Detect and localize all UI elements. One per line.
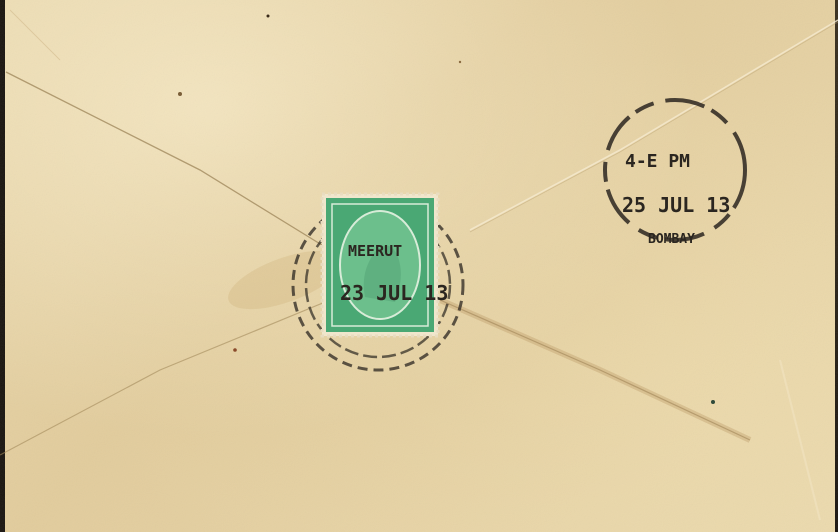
svg-text:4-E PM: 4-E PM bbox=[625, 151, 690, 172]
svg-text:BOMBAY: BOMBAY bbox=[648, 232, 695, 247]
svg-text:25 JUL 13: 25 JUL 13 bbox=[622, 193, 730, 217]
envelope-photo: MEERUT 23 JUL 13 4-E PM 25 JUL 13 BOMBAY bbox=[0, 0, 838, 532]
arrival-postmark: 4-E PM 25 JUL 13 BOMBAY bbox=[0, 0, 838, 532]
